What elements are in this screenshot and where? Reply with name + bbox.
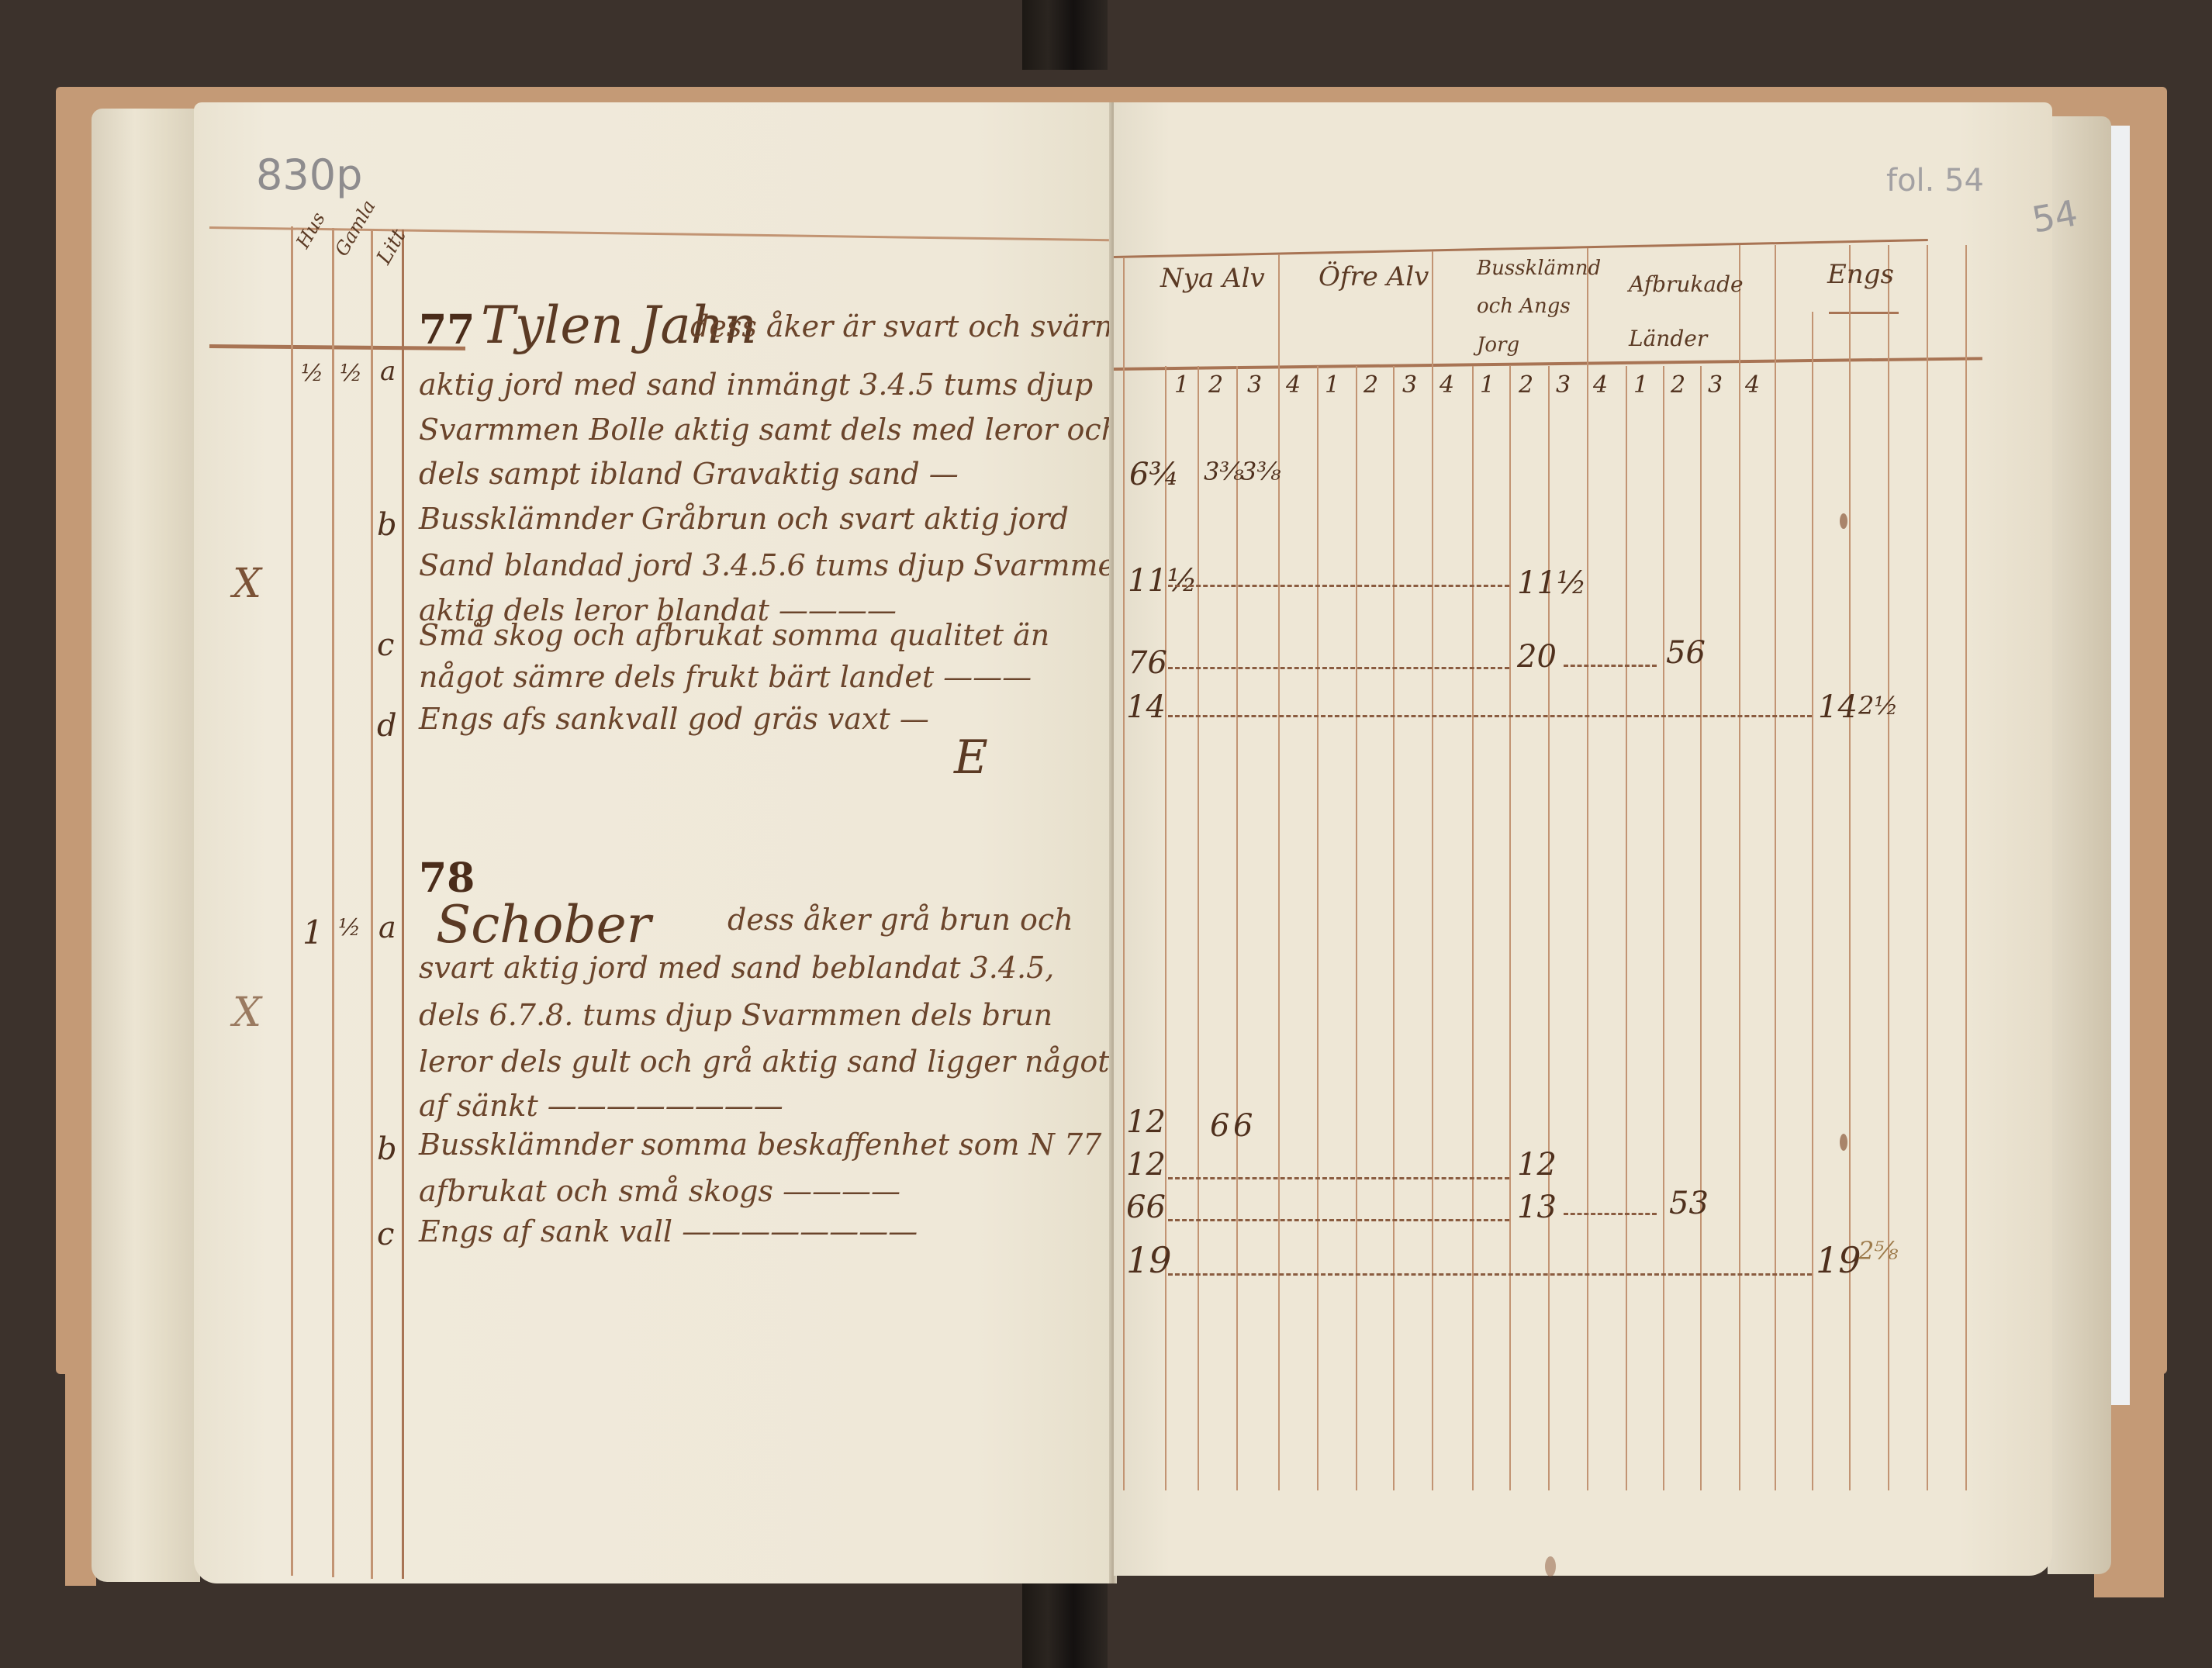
col-line xyxy=(1663,366,1664,1490)
item-letter-78c: c xyxy=(377,1219,394,1250)
subcol-afbr-2: 2 xyxy=(1671,374,1685,397)
subcol-ofre-4: 4 xyxy=(1440,374,1454,397)
col-line xyxy=(1700,366,1702,1490)
margin-x-mark-1: X xyxy=(233,564,261,604)
line-77a-4: dels sampt ibland Gravaktig sand — xyxy=(419,459,959,489)
row78c-engs-1: 19 xyxy=(1816,1242,1861,1278)
entry-number-78: 78 xyxy=(419,858,475,899)
subcol-nya-1: 1 xyxy=(1174,374,1189,397)
row78c-skog-leader xyxy=(1168,1219,1509,1221)
col-line xyxy=(1472,366,1474,1490)
col-line xyxy=(1509,366,1511,1490)
col-line xyxy=(1236,366,1238,1490)
row77c-afbr-2: 56 xyxy=(1666,637,1706,668)
subcol-nya-2: 2 xyxy=(1208,374,1223,397)
row78a-total: 12 xyxy=(1126,1107,1166,1138)
row77d-leader xyxy=(1168,715,1812,717)
col-line xyxy=(1775,245,1776,1490)
line-78b-2: afbrukat och små skogs ———— xyxy=(419,1176,900,1206)
col-line xyxy=(1198,366,1199,1490)
col-header-ofre-alv: Öfre Alv xyxy=(1319,264,1429,290)
row77c-total: 76 xyxy=(1128,648,1167,679)
page-stack-right xyxy=(2048,116,2111,1574)
row77d-engs-2: 2½ xyxy=(1858,693,1898,718)
row78c-skog-total: 66 xyxy=(1126,1192,1166,1223)
row77b-buss-2: 11½ xyxy=(1517,568,1587,599)
row77a-nya-3: 3⅜ xyxy=(1241,459,1281,484)
line-78a-3: dels 6.7.8. tums djup Svarmmen dels brun xyxy=(419,1000,1052,1030)
row77b-leader xyxy=(1168,585,1509,587)
item-letter-77b: b xyxy=(377,509,397,540)
subcol-ofre-2: 2 xyxy=(1363,374,1378,397)
subcol-buss-1: 1 xyxy=(1480,374,1495,397)
pencil-folio-right: fol. 54 xyxy=(1886,163,1984,199)
line-77c-2: något sämre dels frukt bärt landet ——— xyxy=(419,662,1032,692)
line-77d-1: Engs afs sankvall god gräs vaxt — xyxy=(419,704,929,734)
row78c-total: 19 xyxy=(1126,1242,1172,1278)
item-letter-77a: a xyxy=(380,358,396,385)
item-letter-77d: d xyxy=(377,710,397,741)
col-line xyxy=(1356,366,1357,1490)
col-line xyxy=(1393,366,1395,1490)
line-77a-1: dess åker är svart och svärm xyxy=(690,312,1122,341)
col-line xyxy=(1165,366,1166,1490)
entry-number-77: 77 xyxy=(419,310,475,351)
line-77b-2: Sand blandad jord 3.4.5.6 tums djup Svar… xyxy=(419,551,1219,580)
line-77b-1: Bussklämnder Gråbrun och svart aktig jor… xyxy=(419,504,1069,534)
subcol-ofre-3: 3 xyxy=(1402,374,1417,397)
entry78-margin-value-2: ½ xyxy=(338,917,361,940)
subcol-afbr-1: 1 xyxy=(1633,374,1648,397)
white-insert-strip xyxy=(2111,126,2130,1405)
line-78a-2: svart aktig jord med sand beblandat 3.4.… xyxy=(419,953,1054,982)
col-header-busskland: Bussklämnd och Angs Jorg xyxy=(1477,250,1585,364)
subcol-afbr-4: 4 xyxy=(1745,374,1760,397)
left-page: 830p Hus Gamla Litt ½ ½ 77 Tylen Jahn a … xyxy=(194,102,1111,1583)
mark-77d: E xyxy=(954,734,988,781)
row78c-leader xyxy=(1168,1273,1812,1276)
row77c-leader xyxy=(1168,667,1509,669)
row77b-total: 11½ xyxy=(1128,565,1198,596)
col-line xyxy=(1927,245,1928,1490)
entry77-margin-frac-1: ½ xyxy=(301,362,323,385)
col-line-group xyxy=(1739,245,1740,1490)
row77d-engs-1: 14 xyxy=(1818,692,1858,723)
row77d-total: 14 xyxy=(1126,692,1166,723)
row78c-skog-buss-2: 13 xyxy=(1517,1192,1557,1223)
item-letter-78b: b xyxy=(377,1134,397,1165)
ink-stain xyxy=(1840,513,1847,529)
line-78c-1: Engs af sank vall ———————— xyxy=(419,1217,918,1246)
margin-col-line-2 xyxy=(332,228,334,1577)
col-line xyxy=(1849,245,1851,1490)
line-78a-5: af sänkt ———————— xyxy=(419,1091,783,1121)
book-spine-bottom xyxy=(1022,1578,1108,1668)
row77c-leader-2 xyxy=(1564,665,1657,667)
col-line-group xyxy=(1432,251,1433,1490)
row78c-engs-2: 2⅝ xyxy=(1858,1238,1898,1263)
row78b-buss-2: 12 xyxy=(1517,1149,1557,1180)
line-78a-1: dess åker grå brun och xyxy=(728,905,1073,934)
subcol-nya-4: 4 xyxy=(1286,374,1301,397)
pencil-folio-left: 830p xyxy=(256,150,362,199)
col-line-group xyxy=(1587,248,1588,1490)
col-line xyxy=(1548,366,1550,1490)
col-line xyxy=(1317,366,1319,1490)
entry77-margin-frac-2: ½ xyxy=(340,362,362,385)
col-line xyxy=(1812,312,1813,1490)
row78a-nya-3: 6 xyxy=(1233,1110,1253,1141)
col-header-afbrukade: Afbrukade Länder xyxy=(1629,257,1737,366)
col-header-engs: Engs xyxy=(1827,261,1894,288)
item-letter-78a: a xyxy=(378,913,396,942)
row77a-total: 6¾ xyxy=(1129,459,1179,490)
row78c-skog-afbr-2: 53 xyxy=(1669,1188,1709,1219)
subcol-ofre-1: 1 xyxy=(1325,374,1339,397)
line-78b-1: Bussklämnder somma beskaffenhet som N 77… xyxy=(419,1130,1229,1159)
ink-stain xyxy=(1840,1134,1847,1151)
row78b-total: 12 xyxy=(1126,1149,1166,1180)
subcol-buss-3: 3 xyxy=(1556,374,1571,397)
line-77c-1: Små skog och afbrukat somma qualitet än xyxy=(419,620,1049,650)
col-line-group xyxy=(1278,254,1280,1490)
subcol-buss-2: 2 xyxy=(1519,374,1533,397)
col-line xyxy=(1888,245,1889,1490)
margin-x-mark-2: X xyxy=(233,993,261,1033)
margin-header-1: Hus xyxy=(293,209,328,251)
subcol-buss-4: 4 xyxy=(1593,374,1608,397)
page-stack-left xyxy=(92,109,200,1582)
col-line xyxy=(1123,257,1125,1490)
right-page: fol. 54 54 Nya Alv Öfre Alv Bussklämnd o… xyxy=(1114,102,2052,1576)
line-77a-2: aktig jord med sand inmängt 3.4.5 tums d… xyxy=(419,370,1093,399)
item-letter-77c: c xyxy=(377,630,394,661)
row78b-leader xyxy=(1168,1177,1509,1179)
ink-stain xyxy=(1545,1556,1556,1576)
col-line xyxy=(1965,245,1967,1490)
pencil-edge-number: 54 xyxy=(2029,192,2081,240)
line-77a-3: Svarmmen Bolle aktig samt dels med leror… xyxy=(419,415,1120,444)
margin-col-line-3 xyxy=(371,230,373,1579)
margin-col-line-4 xyxy=(402,230,404,1579)
row77a-nya-2: 3⅜ xyxy=(1204,459,1243,484)
row78c-skog-leader-2 xyxy=(1564,1213,1657,1215)
entry78-margin-value-1: 1 xyxy=(302,917,323,949)
row78a-nya-2: 6 xyxy=(1210,1110,1229,1141)
subcol-nya-3: 3 xyxy=(1247,374,1262,397)
col-header-nya-alv: Nya Alv xyxy=(1160,265,1265,292)
margin-col-line-1 xyxy=(291,226,293,1576)
row77c-buss-2: 20 xyxy=(1517,641,1557,672)
subcol-afbr-3: 3 xyxy=(1708,374,1723,397)
book-spine-top xyxy=(1022,0,1108,70)
line-78a-4: leror dels gult och grå aktig sand ligge… xyxy=(419,1047,1110,1076)
col-line xyxy=(1626,366,1627,1490)
entry-name-78: Schober xyxy=(436,900,651,951)
